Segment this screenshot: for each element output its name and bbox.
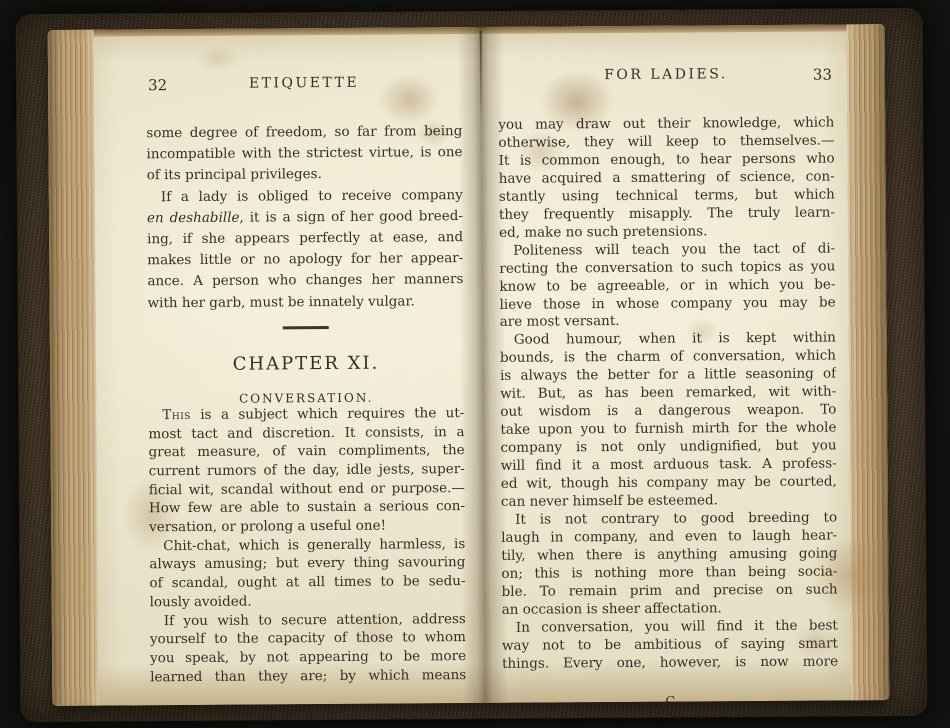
page-edges-left — [48, 30, 99, 706]
text-line: way not to be ambitious of saying smart — [502, 635, 838, 655]
text-line: ed, make no such pretensions. — [499, 222, 835, 242]
text-line: otherwise, they will keep to themselves.… — [498, 132, 834, 152]
text-line: Chit-chat, which is generally harmless, … — [149, 535, 465, 556]
text-line: out wisdom is a dangerous weapon. To — [500, 402, 836, 422]
text-line: of its principal privileges. — [147, 163, 463, 186]
text-line: of scandal, ought at all times to be sed… — [149, 572, 465, 593]
text-line: How few are able to sustain a serious co… — [149, 497, 465, 518]
text-line: are most versant. — [500, 312, 836, 332]
text-line: Politeness will teach you the tact of di… — [499, 240, 835, 260]
running-header-right: FOR LADIES. — [498, 65, 834, 83]
text-line: recting the conversation to such topics … — [499, 258, 835, 278]
section-divider — [283, 326, 329, 329]
text-line: with her garb, must be innately vulgar. — [147, 291, 463, 314]
page-left-header: 32 ETIQUETTE — [146, 74, 462, 96]
text-line: you speak, by not appearing to be more — [150, 647, 466, 668]
page-left: 32 ETIQUETTE some degree of freedom, so … — [146, 74, 466, 687]
text-line: is always the better for a little season… — [500, 366, 836, 386]
text-line: stantly using technical terms, but which — [499, 186, 835, 206]
text-line: current rumors of the day, idle jests, s… — [149, 460, 465, 481]
text-line: ed wit, though his company may be courte… — [501, 474, 837, 494]
text-line: some degree of freedom, so far from bein… — [146, 121, 462, 144]
text-line: incompatible with the strictest virtue, … — [146, 142, 462, 165]
page-left-text: some degree of freedom, so far from bein… — [146, 121, 466, 687]
page-edges-right — [847, 24, 890, 700]
text-line: they frequently misapply. The truly lear… — [499, 204, 835, 224]
text-line: lieve those in whose company you may be — [500, 294, 836, 314]
paragraph-block: you may draw out their knowledge, whicho… — [498, 114, 838, 673]
page-number-left: 32 — [148, 76, 167, 94]
text-line: laugh in company, and even to laugh hear… — [501, 527, 837, 547]
text-line: things. Every one, however, is now more — [502, 653, 838, 673]
text-line: tily, when there is anything amusing goi… — [501, 545, 837, 565]
page-right-header: FOR LADIES. 33 — [498, 65, 834, 87]
text-line: bounds, is the charm of conversation, wh… — [500, 348, 836, 368]
text-line: have acquired a smattering of science, c… — [499, 168, 835, 188]
chapter-heading: CHAPTER XI. — [148, 352, 464, 375]
stain — [196, 45, 240, 73]
text-line: It is common enough, to hear persons who — [499, 150, 835, 170]
text-line: company is not only undignified, but you — [501, 438, 837, 458]
text-line: an occasion is sheer affectation. — [502, 599, 838, 619]
text-line: wit. But, as has been remarked, wit with… — [500, 384, 836, 404]
text-line: know to be agreeable, or in which you be… — [499, 276, 835, 296]
text-line: great measure, of vain compliments, the — [149, 441, 465, 462]
paragraph-block: This is a subject which requires the ut-… — [148, 404, 466, 687]
book-pages: 32 ETIQUETTE some degree of freedom, so … — [48, 24, 890, 706]
text-line: It is not contrary to good breeding to — [501, 509, 837, 529]
page-number-right: 33 — [813, 66, 832, 84]
text-line: This is a subject which requires the ut- — [148, 404, 464, 425]
page-right: FOR LADIES. 33 you may draw out their kn… — [498, 65, 838, 705]
running-header-left: ETIQUETTE — [146, 74, 462, 92]
text-line: makes little or no apology for her appea… — [147, 248, 463, 271]
text-line: always amusing; but every thing savourin… — [149, 554, 465, 575]
text-line: yourself to the capacity of those to who… — [150, 628, 466, 649]
text-line: most tact and discretion. It consists, i… — [148, 423, 464, 444]
text-line: learned than they are; by which means — [150, 666, 466, 687]
text-line: If a lady is obliged to receive company — [147, 185, 463, 208]
text-line: en deshabille, it is a sign of her good … — [147, 206, 463, 229]
book-photograph: 32 ETIQUETTE some degree of freedom, so … — [0, 0, 950, 728]
text-line: take upon you to furnish mirth for the w… — [500, 420, 836, 440]
text-line: versation, or prolong a useful one! — [149, 516, 465, 537]
text-line: can never himself be esteemed. — [501, 491, 837, 511]
text-line: ing, if she appears perfectly at ease, a… — [147, 227, 463, 250]
text-line: you may draw out their knowledge, which — [498, 114, 834, 134]
text-line: ficial wit, scandal without end or purpo… — [149, 479, 465, 500]
text-line: lously avoided. — [150, 591, 466, 612]
text-line: If you wish to secure attention, address — [150, 610, 466, 631]
text-line: In conversation, you will find it the be… — [502, 617, 838, 637]
open-book: 32 ETIQUETTE some degree of freedom, so … — [0, 0, 950, 728]
text-line: ance. A person who changes her manners — [147, 270, 463, 293]
text-line: on; this is nothing more than being soci… — [501, 563, 837, 583]
paragraph-block: some degree of freedom, so far from bein… — [146, 121, 463, 314]
page-right-text: you may draw out their knowledge, whicho… — [498, 114, 838, 673]
text-line: ble. To remain prim and precise on such — [502, 581, 838, 601]
text-line: will find it a most arduous task. A prof… — [501, 456, 837, 476]
text-line: Good humour, when it is kept within — [500, 330, 836, 350]
